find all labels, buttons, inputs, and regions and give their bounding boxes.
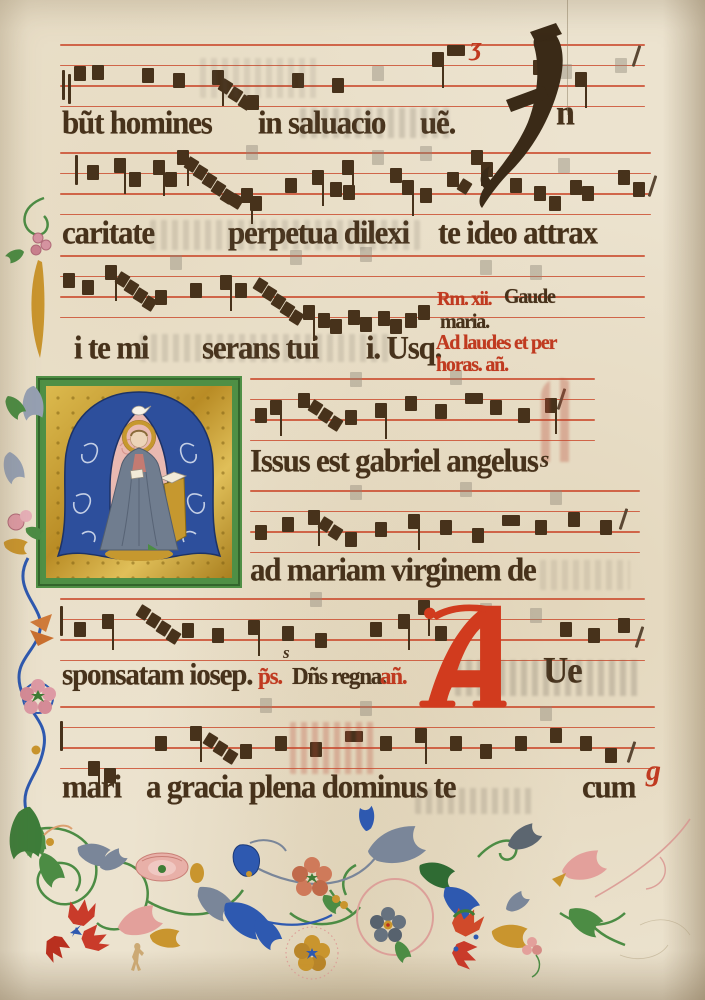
neume [618,170,630,185]
neume [627,741,636,763]
neume [190,726,202,741]
neume [282,626,294,641]
neume [465,393,483,404]
orange-knot [30,614,54,646]
neume [447,45,465,56]
neume [447,172,459,187]
bottom-border-scroll [0,795,705,1000]
neume [345,532,357,547]
neume [549,196,561,211]
chant-text-segment: i. Usq. [366,331,441,364]
neume [418,305,430,320]
neume [60,606,63,636]
chant-text-segment: horas. añ. [436,354,508,375]
neume [402,180,414,195]
neume [292,73,304,88]
chant-text-segment: perpetua dilexi [228,216,409,249]
neume [74,66,86,81]
manuscript-page: bũt hominesin saluaciouẽ.ncaritateperpet… [0,0,705,1000]
neume [155,290,167,305]
staff-line [60,747,655,749]
chant-text-segment: Ue [543,652,581,689]
neume [290,250,302,265]
illuminated-initial-m [36,376,242,588]
neume [345,410,357,425]
neume [460,482,472,497]
bleed-through-text [540,560,630,590]
neume [375,403,387,418]
neume [75,155,78,185]
neume [310,592,322,607]
neume [92,65,104,80]
red-carnation-cluster [39,895,115,966]
neume [246,145,258,160]
neume [345,731,363,742]
neume [350,485,362,500]
neume [632,45,641,67]
neume [285,178,297,193]
neume [545,398,557,413]
neume [330,319,342,334]
blue-fruit [233,840,286,877]
neume [570,180,582,195]
neume [129,172,141,187]
neume [648,175,657,197]
neume [435,404,447,419]
neume [633,182,645,197]
neume [248,620,260,635]
staff-line [60,193,651,195]
gold-leaf [31,260,44,358]
staff-line [60,639,645,641]
neume [275,736,287,751]
rosette-flower [20,679,56,714]
staff-line [60,255,645,257]
neume [550,490,562,505]
music-system-5 [250,490,640,554]
neume [220,275,232,290]
neume [535,520,547,535]
staff-line [60,276,645,278]
neume [343,185,355,200]
neume [472,528,484,543]
neume [540,706,552,721]
chant-text-segment: Dñs regna. [292,664,386,688]
neume [315,633,327,648]
staff-line [250,419,595,421]
neume [372,66,384,81]
neume [255,525,267,540]
neume [240,744,252,759]
neume [405,396,417,411]
neume [114,158,126,173]
neume [480,260,492,275]
neume [63,273,75,288]
neume [235,283,247,298]
small-pink-flower [522,937,542,977]
neume [575,72,587,87]
neume [102,614,114,629]
neume [420,188,432,203]
neume [87,165,99,180]
right-carnation [452,908,484,970]
neume [350,372,362,387]
small-book [131,469,144,479]
neume [408,514,420,529]
neume [298,393,310,408]
neume [310,742,322,757]
neume [370,622,382,637]
climbing-figure [131,943,144,971]
music-system-7 [60,706,655,770]
staff-line [250,490,640,492]
neume [190,283,202,298]
initial-a [417,600,509,712]
gold-flower [286,927,338,979]
staff-line [60,706,655,708]
chant-text-segment: bũt homines [62,106,212,139]
chant-text-segment: Rm. xii. [437,289,491,309]
music-system-3 [60,255,645,319]
neume [82,280,94,295]
neume [142,68,154,83]
chant-text-segment: añ. [380,664,406,688]
neume [330,182,342,197]
neume [260,698,272,713]
neume [378,311,390,326]
scribal-flourish: g [646,756,661,786]
scribal-flourish: s [540,448,549,472]
neume [380,736,392,751]
chant-text-segment: in saluacio [258,106,385,139]
neume [255,408,267,423]
berry-cluster [4,233,51,264]
neume [250,196,262,211]
neume [173,73,185,88]
staff-line [60,727,655,729]
neume [165,172,177,187]
neume [105,265,117,280]
chant-text-segment: Gaude [504,286,555,307]
neume [530,265,542,280]
chant-text-segment: uẽ. [420,106,455,139]
neume [635,626,644,648]
neume [390,168,402,183]
initial-j [470,22,570,192]
neume [415,728,427,743]
pink-poppy [136,853,188,881]
neume [182,623,194,638]
neume [518,408,530,423]
neume [153,160,165,175]
chant-text-segment: p̃s. [258,664,282,688]
neume [615,58,627,73]
neume [332,78,344,93]
chant-text-segment: te ideo attrax [438,216,597,249]
neume [420,146,432,161]
neume [375,522,387,537]
neume [450,736,462,751]
music-system-4 [250,378,595,442]
neume [360,701,372,716]
neume [270,400,282,415]
neume [282,517,294,532]
neume [530,608,542,623]
chant-text-segment: sponsatam iosep. [62,660,252,691]
neume [318,313,330,328]
neume [550,728,562,743]
neume [568,512,580,527]
neume [308,510,320,525]
coral-dot-flower [292,857,344,916]
neume [605,748,617,763]
chant-text-segment: Issus est gabriel angelus [250,444,538,477]
neume [502,515,520,526]
neume [348,310,360,325]
neume [600,520,612,535]
chant-text-segment: caritate [62,216,154,249]
neume [60,721,63,751]
neume [372,150,384,165]
chant-text-segment: serans tui [202,331,318,364]
neume [312,170,324,185]
chant-text-segment: i te mi [74,331,148,364]
scribal-flourish: s [283,644,290,661]
neume [212,628,224,643]
chant-text-segment: maria. [440,311,489,332]
neume [170,255,182,270]
neume [432,52,444,67]
neume [490,400,502,415]
neume [405,313,417,328]
chant-text-segment: ad mariam virginem de [250,553,536,586]
neume [588,628,600,643]
staff-line [250,378,595,380]
neume [440,520,452,535]
neume [582,186,594,201]
neume [155,736,167,751]
chant-text-segment: Ad laudes et per [436,332,556,353]
neume [580,736,592,751]
neume [62,70,65,100]
neume [560,622,572,637]
neume [342,160,354,175]
neume [398,614,410,629]
neume [618,618,630,633]
neume [303,305,315,320]
neume [480,744,492,759]
neume [68,74,71,104]
neume [515,736,527,751]
staff-line [60,598,645,600]
neume [74,622,86,637]
